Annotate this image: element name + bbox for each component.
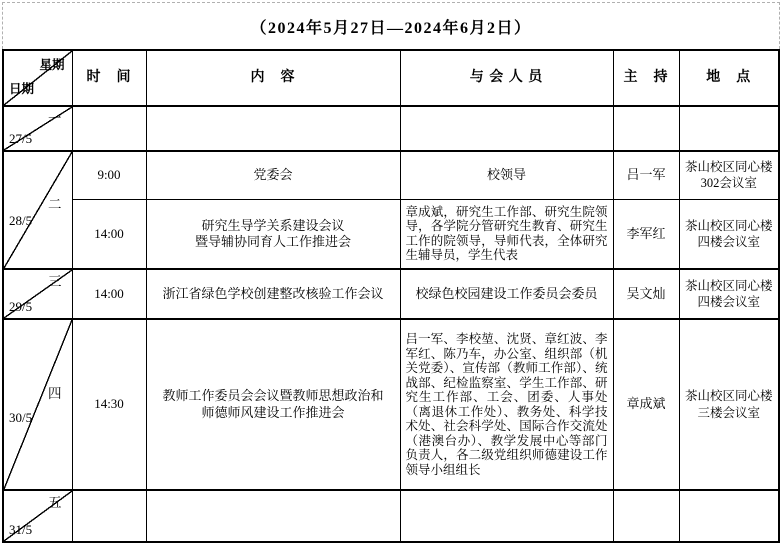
time-cell — [72, 490, 146, 542]
location-cell — [679, 490, 779, 542]
row-tuesday-2: 14:00 研究生导学关系建设会议 暨导辅协同育人工作推进会 章成斌，研究生工作… — [3, 199, 779, 269]
content-header: 内 容 — [146, 50, 400, 106]
day-cell-wednesday: 三 29/5 — [3, 269, 72, 319]
host-cell: 吴文灿 — [613, 269, 679, 319]
row-friday: 五 31/5 — [3, 490, 779, 542]
location-cell: 茶山校区同心楼 四楼会议室 — [679, 269, 779, 319]
host-cell: 吕一军 — [613, 151, 679, 199]
attendees-cell — [400, 106, 613, 151]
title-band: （2024年5月27日—2024年6月2日） — [2, 2, 780, 49]
weekday-label: 五 — [48, 495, 62, 512]
weekday-label: 三 — [48, 274, 62, 291]
content-cell — [146, 490, 400, 542]
row-wednesday: 三 29/5 14:00 浙江省绿色学校创建整改核验工作会议 校绿色校园建设工作… — [3, 269, 779, 319]
corner-cell: 星期 日期 — [3, 50, 72, 106]
time-cell: 14:00 — [72, 269, 146, 319]
attendees-cell: 校领导 — [400, 151, 613, 199]
weekday-label: 一 — [48, 111, 62, 128]
host-cell — [613, 490, 679, 542]
date-header-label: 日期 — [9, 82, 34, 98]
date-label: 28/5 — [9, 213, 32, 229]
content-cell: 党委会 — [146, 151, 400, 199]
day-cell-tuesday: 二 28/5 — [3, 151, 72, 269]
attendees-header: 与 会 人 员 — [400, 50, 613, 106]
schedule-table: 星期 日期 时 间 内 容 与 会 人 员 主 持 地 点 一 27/5 — [2, 49, 780, 543]
date-label: 31/5 — [9, 522, 32, 538]
host-header: 主 持 — [613, 50, 679, 106]
day-cell-monday: 一 27/5 — [3, 106, 72, 151]
time-cell: 14:30 — [72, 319, 146, 490]
location-cell: 茶山校区同心楼 四楼会议室 — [679, 199, 779, 269]
date-label: 27/5 — [9, 131, 32, 147]
row-tuesday-1: 二 28/5 9:00 党委会 校领导 吕一军 茶山校区同心楼 302会议室 — [3, 151, 779, 199]
attendees-cell — [400, 490, 613, 542]
day-cell-friday: 五 31/5 — [3, 490, 72, 542]
header-row: 星期 日期 时 间 内 容 与 会 人 员 主 持 地 点 — [3, 50, 779, 106]
time-header: 时 间 — [72, 50, 146, 106]
day-cell-thursday: 四 30/5 — [3, 319, 72, 490]
location-cell: 茶山校区同心楼 三楼会议室 — [679, 319, 779, 490]
date-label: 29/5 — [9, 299, 32, 315]
row-monday: 一 27/5 — [3, 106, 779, 151]
row-thursday: 四 30/5 14:30 教师工作委员会会议暨教师思想政治和 师德师风建设工作推… — [3, 319, 779, 490]
attendees-cell: 吕一军、李校堃、沈贤、章红波、李军红、陈乃车，办公室、组织部（机关党委）、宣传部… — [400, 319, 613, 490]
date-label: 30/5 — [9, 410, 32, 426]
time-cell: 14:00 — [72, 199, 146, 269]
host-cell: 章成斌 — [613, 319, 679, 490]
content-cell — [146, 106, 400, 151]
content-cell: 研究生导学关系建设会议 暨导辅协同育人工作推进会 — [146, 199, 400, 269]
document-title: （2024年5月27日—2024年6月2日） — [250, 15, 531, 38]
weekday-header-label: 星期 — [39, 58, 64, 74]
location-header: 地 点 — [679, 50, 779, 106]
time-cell: 9:00 — [72, 151, 146, 199]
weekday-label: 二 — [48, 197, 62, 214]
content-cell: 浙江省绿色学校创建整改核验工作会议 — [146, 269, 400, 319]
content-cell: 教师工作委员会会议暨教师思想政治和 师德师风建设工作推进会 — [146, 319, 400, 490]
page-root: （2024年5月27日—2024年6月2日） 星期 日期 时 间 内 容 与 会… — [0, 0, 782, 545]
attendees-cell: 章成斌，研究生工作部、研究生院领导，各学院分管研究生教育、研究生工作的院领导，导… — [400, 199, 613, 269]
host-cell — [613, 106, 679, 151]
weekday-label: 四 — [48, 386, 62, 403]
location-cell: 茶山校区同心楼 302会议室 — [679, 151, 779, 199]
time-cell — [72, 106, 146, 151]
host-cell: 李军红 — [613, 199, 679, 269]
location-cell — [679, 106, 779, 151]
attendees-cell: 校绿色校园建设工作委员会委员 — [400, 269, 613, 319]
